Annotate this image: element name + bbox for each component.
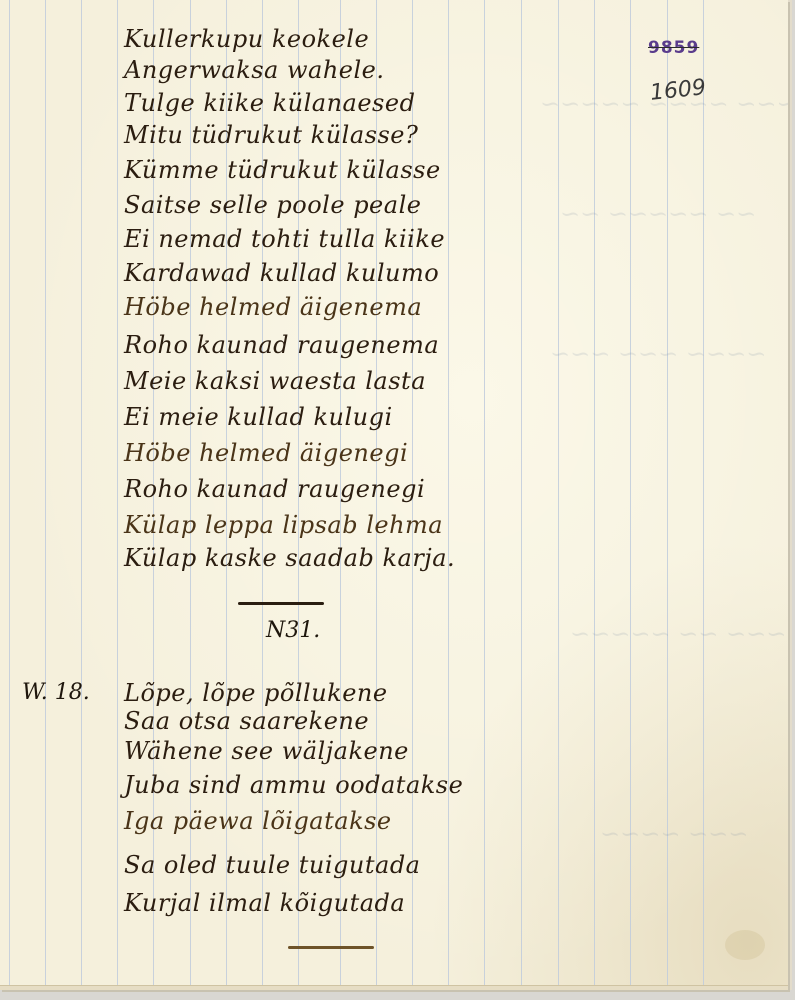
ruled-line — [448, 0, 449, 990]
verse-line: Mitu tüdrukut külasse? — [124, 120, 418, 150]
verse-line: Ei nemad tohti tulla kiike — [124, 224, 445, 254]
song-number-heading: N31. — [266, 618, 320, 643]
verse-line: Saa otsa saarekene — [124, 706, 369, 736]
verse-line: Kümme tüdrukut külasse — [124, 155, 441, 185]
verse-line: Sa oled tuule tuigutada — [124, 850, 421, 880]
ruled-line — [594, 0, 595, 990]
verse-line: Külap leppa lipsab lehma — [124, 510, 443, 540]
verse-line: Külap kaske saadab karja. — [124, 543, 455, 573]
bleed-through-text: ~~~~ ~~~ ~~~ — [550, 340, 766, 368]
verse-line: Tulge kiike külanaesed — [124, 88, 415, 118]
margin-note: W. 18. — [22, 680, 90, 705]
ruled-line — [45, 0, 46, 990]
verse-line: Angerwaksa wahele. — [124, 55, 385, 85]
verse-line: Kurjal ilmal kõigutada — [124, 888, 405, 918]
archive-stamp-crossed-out: 9859 — [648, 38, 699, 58]
verse-line: Iga päewa lõigatakse — [124, 806, 392, 836]
verse-line: Roho kaunad raugenegi — [124, 474, 425, 504]
verse-line: Höbe helmed äigenema — [124, 292, 422, 322]
verse-line: Meie kaksi waesta lasta — [124, 366, 426, 396]
verse-line: Kullerkupu keokele — [124, 24, 369, 54]
end-divider — [288, 946, 374, 949]
manuscript-page: ~~~ ~~~~ ~~~~~ ~~ ~~~~~ ~~ ~~~~ ~~~ ~~~ … — [0, 0, 788, 990]
verse-line: Wähene see wäljakene — [124, 736, 409, 766]
ruled-line — [558, 0, 559, 990]
ruled-line — [484, 0, 485, 990]
verse-line: Roho kaunad raugenema — [124, 330, 439, 360]
verse-line: Saitse selle poole peale — [124, 190, 421, 220]
ruled-line — [117, 0, 118, 990]
verse-line: Höbe helmed äigenegi — [124, 438, 408, 468]
verse-line: Lõpe, lõpe põllukene — [124, 678, 388, 708]
section-divider — [238, 602, 324, 605]
verse-line: Kardawad kullad kulumo — [124, 258, 439, 288]
bleed-through-text: ~~~ ~~ ~~~~~ — [570, 620, 786, 648]
bleed-through-text: ~~ ~~~~~ ~~ — [560, 200, 756, 228]
ruled-line — [9, 0, 10, 990]
paper-stain — [725, 930, 765, 960]
ruled-line — [521, 0, 522, 990]
verse-line: Ei meie kullad kulugi — [124, 402, 393, 432]
verse-line: Juba sind ammu oodatakse — [124, 770, 463, 800]
bleed-through-text: ~~~ ~~~~ — [600, 820, 748, 848]
ruled-line — [81, 0, 82, 990]
